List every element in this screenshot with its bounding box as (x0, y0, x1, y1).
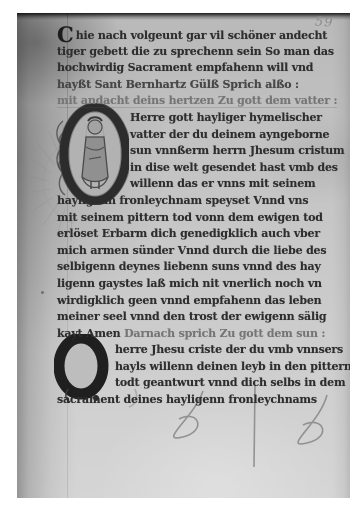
text-line-content: hie nach volgeunt gar vil schöner andech… (76, 29, 327, 42)
rubric-text: mit andacht deins hertzen Zu gott dem va… (57, 94, 337, 108)
text-line: willenn das er vnns mit seinem (57, 176, 347, 193)
text-line: tiger gebett die zu sprechenn sein So ma… (57, 44, 347, 61)
closing-text: kayt Amen (57, 327, 120, 340)
text-block: Chie nach volgeunt gar vil schöner andec… (57, 27, 347, 409)
text-line: mich armen sünder Vnnd durch die liebe d… (57, 243, 347, 260)
text-line: ligenn gaystes laß mich nit vnerlich noc… (57, 276, 347, 293)
text-line: wirdigklich geen vnnd empfahenn das lebe… (57, 293, 347, 310)
text-line: vatter der du deinem ayngeborne (57, 127, 347, 144)
text-line: meiner seel vnnd den trost der ewigenn s… (57, 309, 347, 326)
text-line: Herre gott hayliger hymelischer (57, 110, 347, 127)
rubric-text: Darnach sprich Zu gott dem sun : (124, 327, 325, 340)
text-line: sun vnnßerm herrn Jhesum cristum (57, 143, 347, 160)
text-line: in dise welt gesendet hast vmb des (57, 160, 347, 177)
manuscript-page-photo: 59 (17, 13, 350, 498)
text-line-closing-and-rubric: kayt Amen Darnach sprich Zu gott dem sun… (57, 326, 347, 343)
text-line: hayls willenn deinen leyb in den pittern (57, 359, 347, 376)
text-line: hayßt Sant Bernhartz Gülß Sprich alßo : (57, 77, 347, 94)
text-line: sacrament deines hayligenn fronleychnams (57, 392, 347, 409)
ink-speck (41, 291, 44, 294)
text-line: Chie nach volgeunt gar vil schöner andec… (57, 27, 347, 44)
text-line: hochwirdig Sacrament empfahenn will vnd (57, 60, 347, 77)
text-line: todt geantwurt vnnd dich selbs in dem (57, 375, 347, 392)
text-line: selbigenn deynes liebenn suns vnnd des h… (57, 259, 347, 276)
text-line: hayligenn fronleychnam speyset Vnnd vns (57, 193, 347, 210)
text-line: mit seinem pittern tod vonn dem ewigen t… (57, 210, 347, 227)
text-line: herre Jhesu criste der du vmb vnnsers (57, 342, 347, 359)
rubric-line: mit andacht deins hertzen Zu gott dem va… (57, 93, 347, 110)
text-line: erlöset Erbarm dich genedigklich auch vb… (57, 226, 347, 243)
